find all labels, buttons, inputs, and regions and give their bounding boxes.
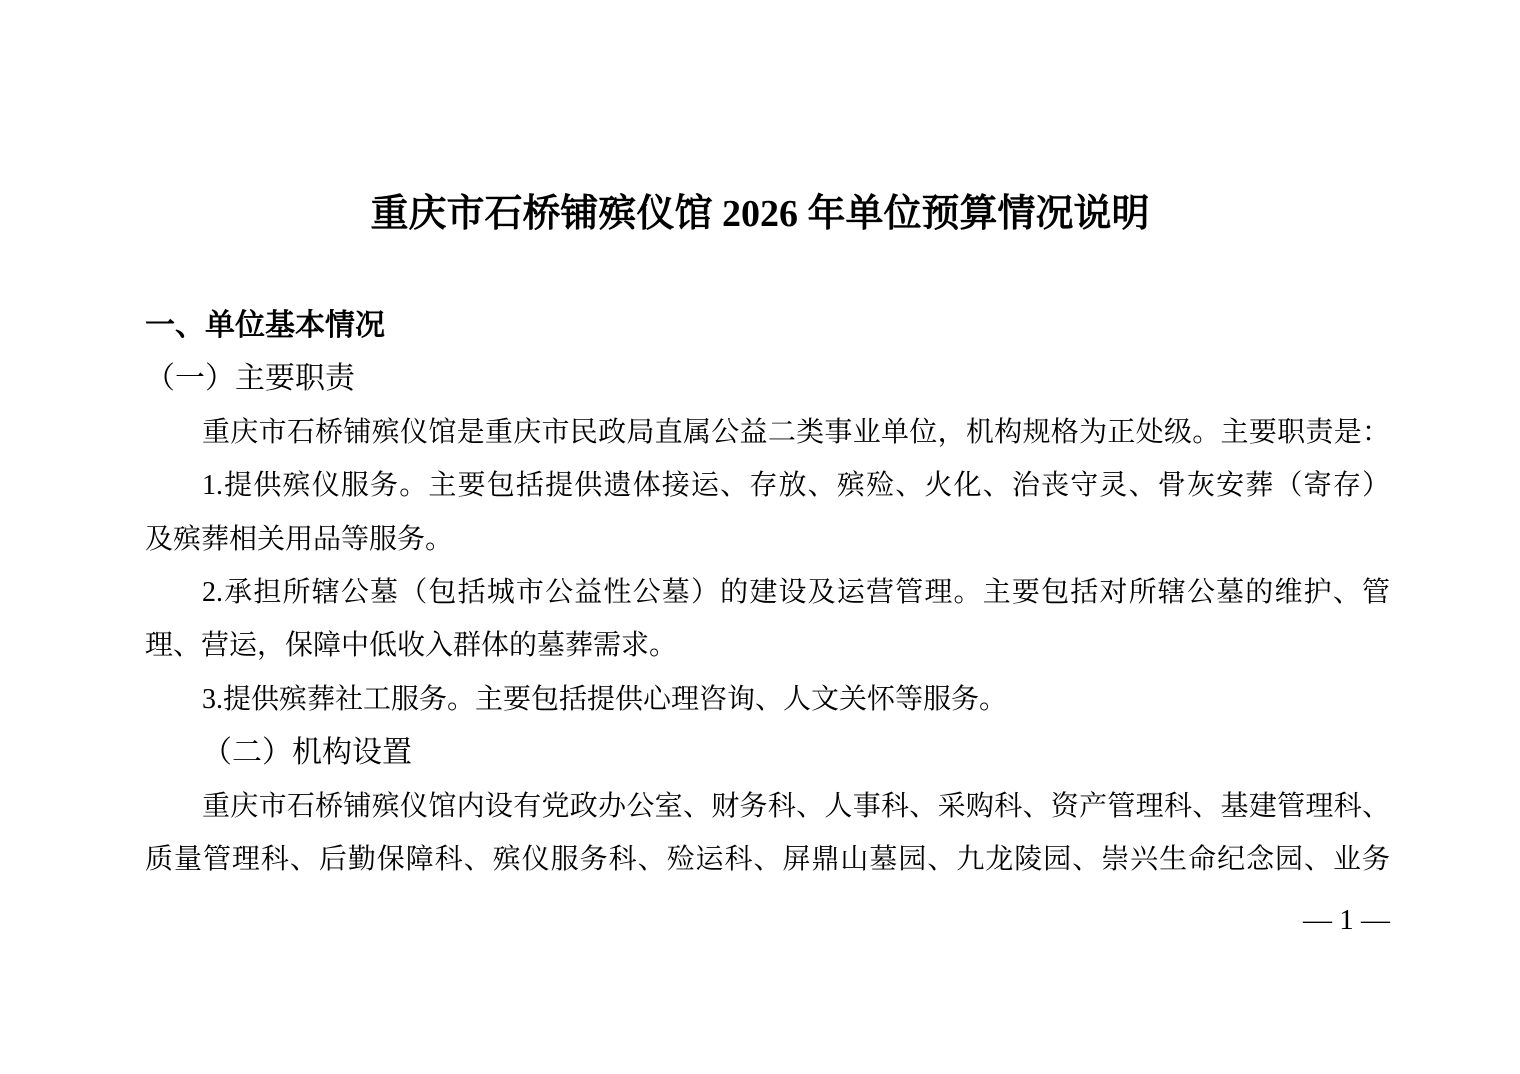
- section-heading-basic-info: 一、单位基本情况: [145, 299, 1390, 352]
- duty-item-2-line-1: 2.承担所辖公墓（包括城市公益性公墓）的建设及运营管理。主要包括对所辖公墓的维护…: [145, 566, 1390, 619]
- duty-item-3-line-1: 3.提供殡葬社工服务。主要包括提供心理咨询、人文关怀等服务。: [145, 673, 1390, 726]
- page-number: — 1 —: [1303, 898, 1390, 942]
- subsection-heading-org-setup: （二）机构设置: [145, 726, 1390, 779]
- duty-item-1-line-1: 1.提供殡仪服务。主要包括提供遗体接运、存放、殡殓、火化、治丧守灵、骨灰安葬（寄…: [145, 459, 1390, 512]
- document-title: 重庆市石桥铺殡仪馆 2026 年单位预算情况说明: [0, 188, 1520, 240]
- duty-item-1-line-2: 及殡葬相关用品等服务。: [145, 513, 1390, 566]
- document-page: 重庆市石桥铺殡仪馆 2026 年单位预算情况说明 一、单位基本情况 （一）主要职…: [0, 0, 1520, 1074]
- subsection-heading-main-duties: （一）主要职责: [145, 352, 1390, 405]
- duty-item-2-line-2: 理、营运，保障中低收入群体的墓葬需求。: [145, 619, 1390, 672]
- document-body: 一、单位基本情况 （一）主要职责 重庆市石桥铺殡仪馆是重庆市民政局直属公益二类事…: [145, 299, 1390, 886]
- org-paragraph-line-1: 重庆市石桥铺殡仪馆内设有党政办公室、财务科、人事科、采购科、资产管理科、基建管理…: [145, 780, 1390, 833]
- org-paragraph-line-2: 质量管理科、后勤保障科、殡仪服务科、殓运科、屏鼎山墓园、九龙陵园、崇兴生命纪念园…: [145, 833, 1390, 886]
- paragraph-intro-line: 重庆市石桥铺殡仪馆是重庆市民政局直属公益二类事业单位，机构规格为正处级。主要职责…: [145, 406, 1390, 459]
